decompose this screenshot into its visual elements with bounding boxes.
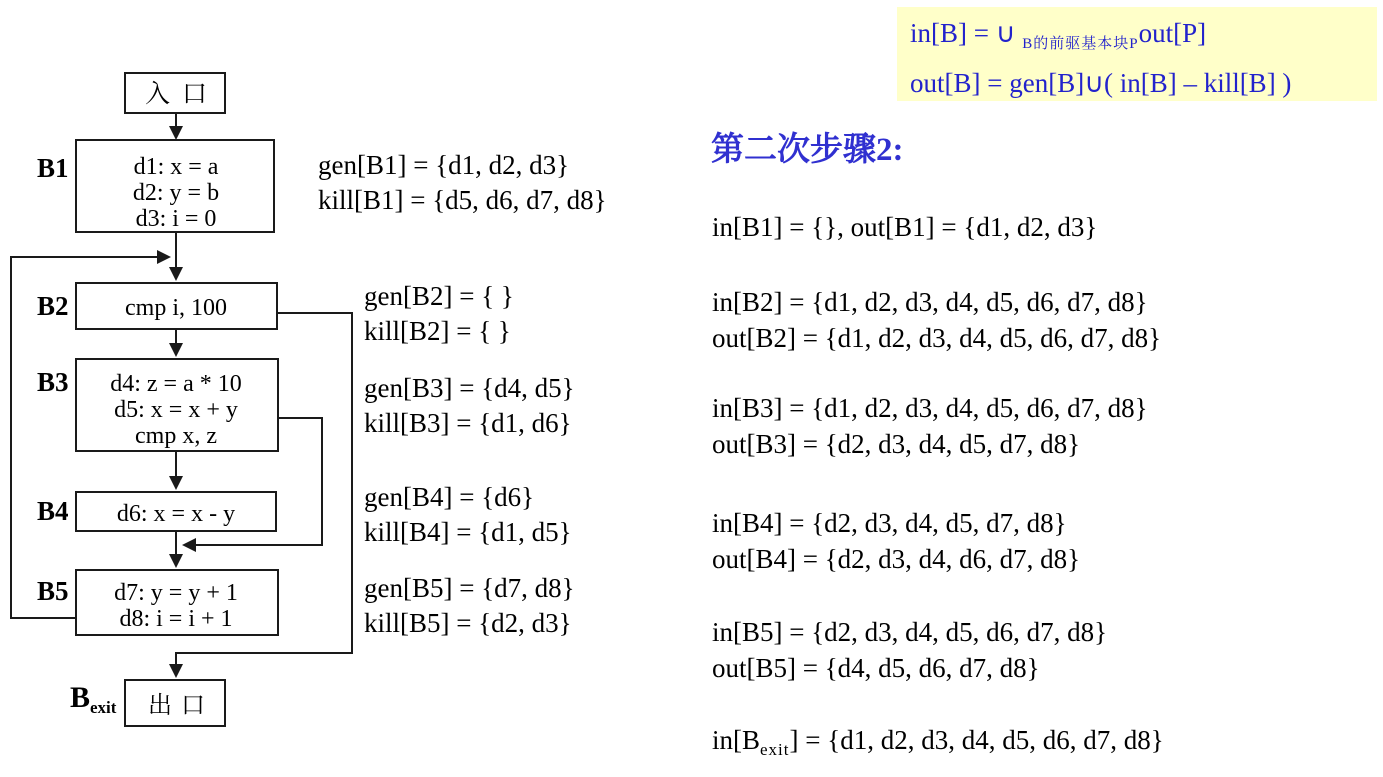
out-equation-line: out[B] = gen[B]∪( in[B] – kill[B] ) <box>910 64 1377 103</box>
genkill-b5: gen[B5] = {d7, d8} kill[B5] = {d2, d3} <box>364 571 575 641</box>
in-equation-prefix: in[B] = ∪ <box>910 18 1022 48</box>
result-out-b4: out[B4] = {d2, d3, d4, d6, d7, d8} <box>712 541 1080 577</box>
arrowhead-b1-b2 <box>169 267 183 281</box>
arrowhead-b3-b4 <box>169 476 183 490</box>
block-label-b4: B4 <box>37 496 69 526</box>
result-in-b3: in[B3] = {d1, d2, d3, d4, d5, d6, d7, d8… <box>712 390 1148 426</box>
kill-b4-line: kill[B4] = {d1, d5} <box>364 515 572 550</box>
bexit-label-main: B <box>70 681 90 714</box>
entry-node-label: 入口 <box>145 80 219 108</box>
results-b4: in[B4] = {d2, d3, d4, d5, d7, d8} out[B4… <box>712 505 1080 577</box>
arrowhead-b4-b5 <box>169 554 183 568</box>
arrowhead-entry-b1 <box>169 126 183 140</box>
result-out-b2: out[B2] = {d1, d2, d3, d4, d5, d6, d7, d… <box>712 320 1161 356</box>
arrowhead-b2-exit <box>169 664 183 678</box>
bexit-label-sub: exit <box>90 698 117 717</box>
b3-stmt-1: d4: z = a * 10 <box>110 371 242 397</box>
b1-stmt-1: d1: x = a <box>134 154 219 180</box>
result-in-b4: in[B4] = {d2, d3, d4, d5, d7, d8} <box>712 505 1080 541</box>
result-in-bexit: in[Bexit] = {d1, d2, d3, d4, d5, d6, d7,… <box>712 722 1164 768</box>
results-b1: in[B1] = {}, out[B1] = {d1, d2, d3} <box>712 209 1097 245</box>
exit-node-label: 出口 <box>148 692 214 719</box>
b1-stmt-3: d3: i = 0 <box>136 206 217 232</box>
b5-stmt-2: d8: i = i + 1 <box>119 606 232 632</box>
genkill-b2: gen[B2] = { } kill[B2] = { } <box>364 279 514 349</box>
kill-b1-line: kill[B1] = {d5, d6, d7, d8} <box>318 183 607 218</box>
arrowhead-b5-b2 <box>157 250 171 264</box>
b3-stmt-3: cmp x, z <box>135 423 217 449</box>
results-bexit: in[Bexit] = {d1, d2, d3, d4, d5, d6, d7,… <box>712 722 1164 768</box>
result-in-b5: in[B5] = {d2, d3, d4, d5, d6, d7, d8} <box>712 614 1107 650</box>
genkill-b4: gen[B4] = {d6} kill[B4] = {d1, d5} <box>364 480 572 550</box>
gen-b1-line: gen[B1] = {d1, d2, d3} <box>318 148 607 183</box>
in-equation-subscript: B的前驱基本块P <box>1022 36 1138 52</box>
arrowhead-b2-b3 <box>169 343 183 357</box>
block-label-bexit: Bexit <box>70 681 117 717</box>
gen-b3-line: gen[B3] = {d4, d5} <box>364 371 575 406</box>
kill-b3-line: kill[B3] = {d1, d6} <box>364 406 575 441</box>
in-equation-suffix: out[P] <box>1139 18 1207 48</box>
results-b2: in[B2] = {d1, d2, d3, d4, d5, d6, d7, d8… <box>712 284 1161 356</box>
arrowhead-b3-b5 <box>182 538 196 552</box>
gen-b5-line: gen[B5] = {d7, d8} <box>364 571 575 606</box>
result-bexit-suffix: ] = {d1, d2, d3, d4, d5, d6, d7, d8} <box>790 725 1164 755</box>
result-bexit-prefix: in[B <box>712 725 760 755</box>
control-flow-graph: 入口 B1 d1: x = a d2: y = b d3: i = 0 B2 c… <box>0 0 680 777</box>
gen-b4-line: gen[B4] = {d6} <box>364 480 572 515</box>
genkill-b3: gen[B3] = {d4, d5} kill[B3] = {d1, d6} <box>364 371 575 441</box>
b1-stmt-2: d2: y = b <box>133 180 219 206</box>
block-label-b2: B2 <box>37 291 69 321</box>
b4-stmt-1: d6: x = x - y <box>117 501 235 527</box>
kill-b2-line: kill[B2] = { } <box>364 314 514 349</box>
pass-heading: 第二次步骤2: <box>711 123 904 170</box>
result-out-b3: out[B3] = {d2, d3, d4, d5, d7, d8} <box>712 426 1148 462</box>
gen-b2-line: gen[B2] = { } <box>364 279 514 314</box>
results-b5: in[B5] = {d2, d3, d4, d5, d6, d7, d8} ou… <box>712 614 1107 686</box>
results-b3: in[B3] = {d1, d2, d3, d4, d5, d6, d7, d8… <box>712 390 1148 462</box>
in-equation-line: in[B] = ∪ B的前驱基本块Pout[P] <box>910 14 1377 64</box>
block-label-b1: B1 <box>37 153 69 183</box>
block-label-b5: B5 <box>37 576 69 606</box>
result-out-b5: out[B5] = {d4, d5, d6, d7, d8} <box>712 650 1107 686</box>
b5-stmt-1: d7: y = y + 1 <box>114 580 238 606</box>
result-b1-line: in[B1] = {}, out[B1] = {d1, d2, d3} <box>712 209 1097 245</box>
genkill-b1: gen[B1] = {d1, d2, d3} kill[B1] = {d5, d… <box>318 148 607 218</box>
kill-b5-line: kill[B5] = {d2, d3} <box>364 606 575 641</box>
result-bexit-subscript: exit <box>760 740 790 759</box>
dataflow-equations-box: in[B] = ∪ B的前驱基本块Pout[P] out[B] = gen[B]… <box>897 7 1377 101</box>
block-label-b3: B3 <box>37 367 69 397</box>
b2-stmt-1: cmp i, 100 <box>125 295 227 321</box>
b3-stmt-2: d5: x = x + y <box>114 397 238 423</box>
result-in-b2: in[B2] = {d1, d2, d3, d4, d5, d6, d7, d8… <box>712 284 1161 320</box>
